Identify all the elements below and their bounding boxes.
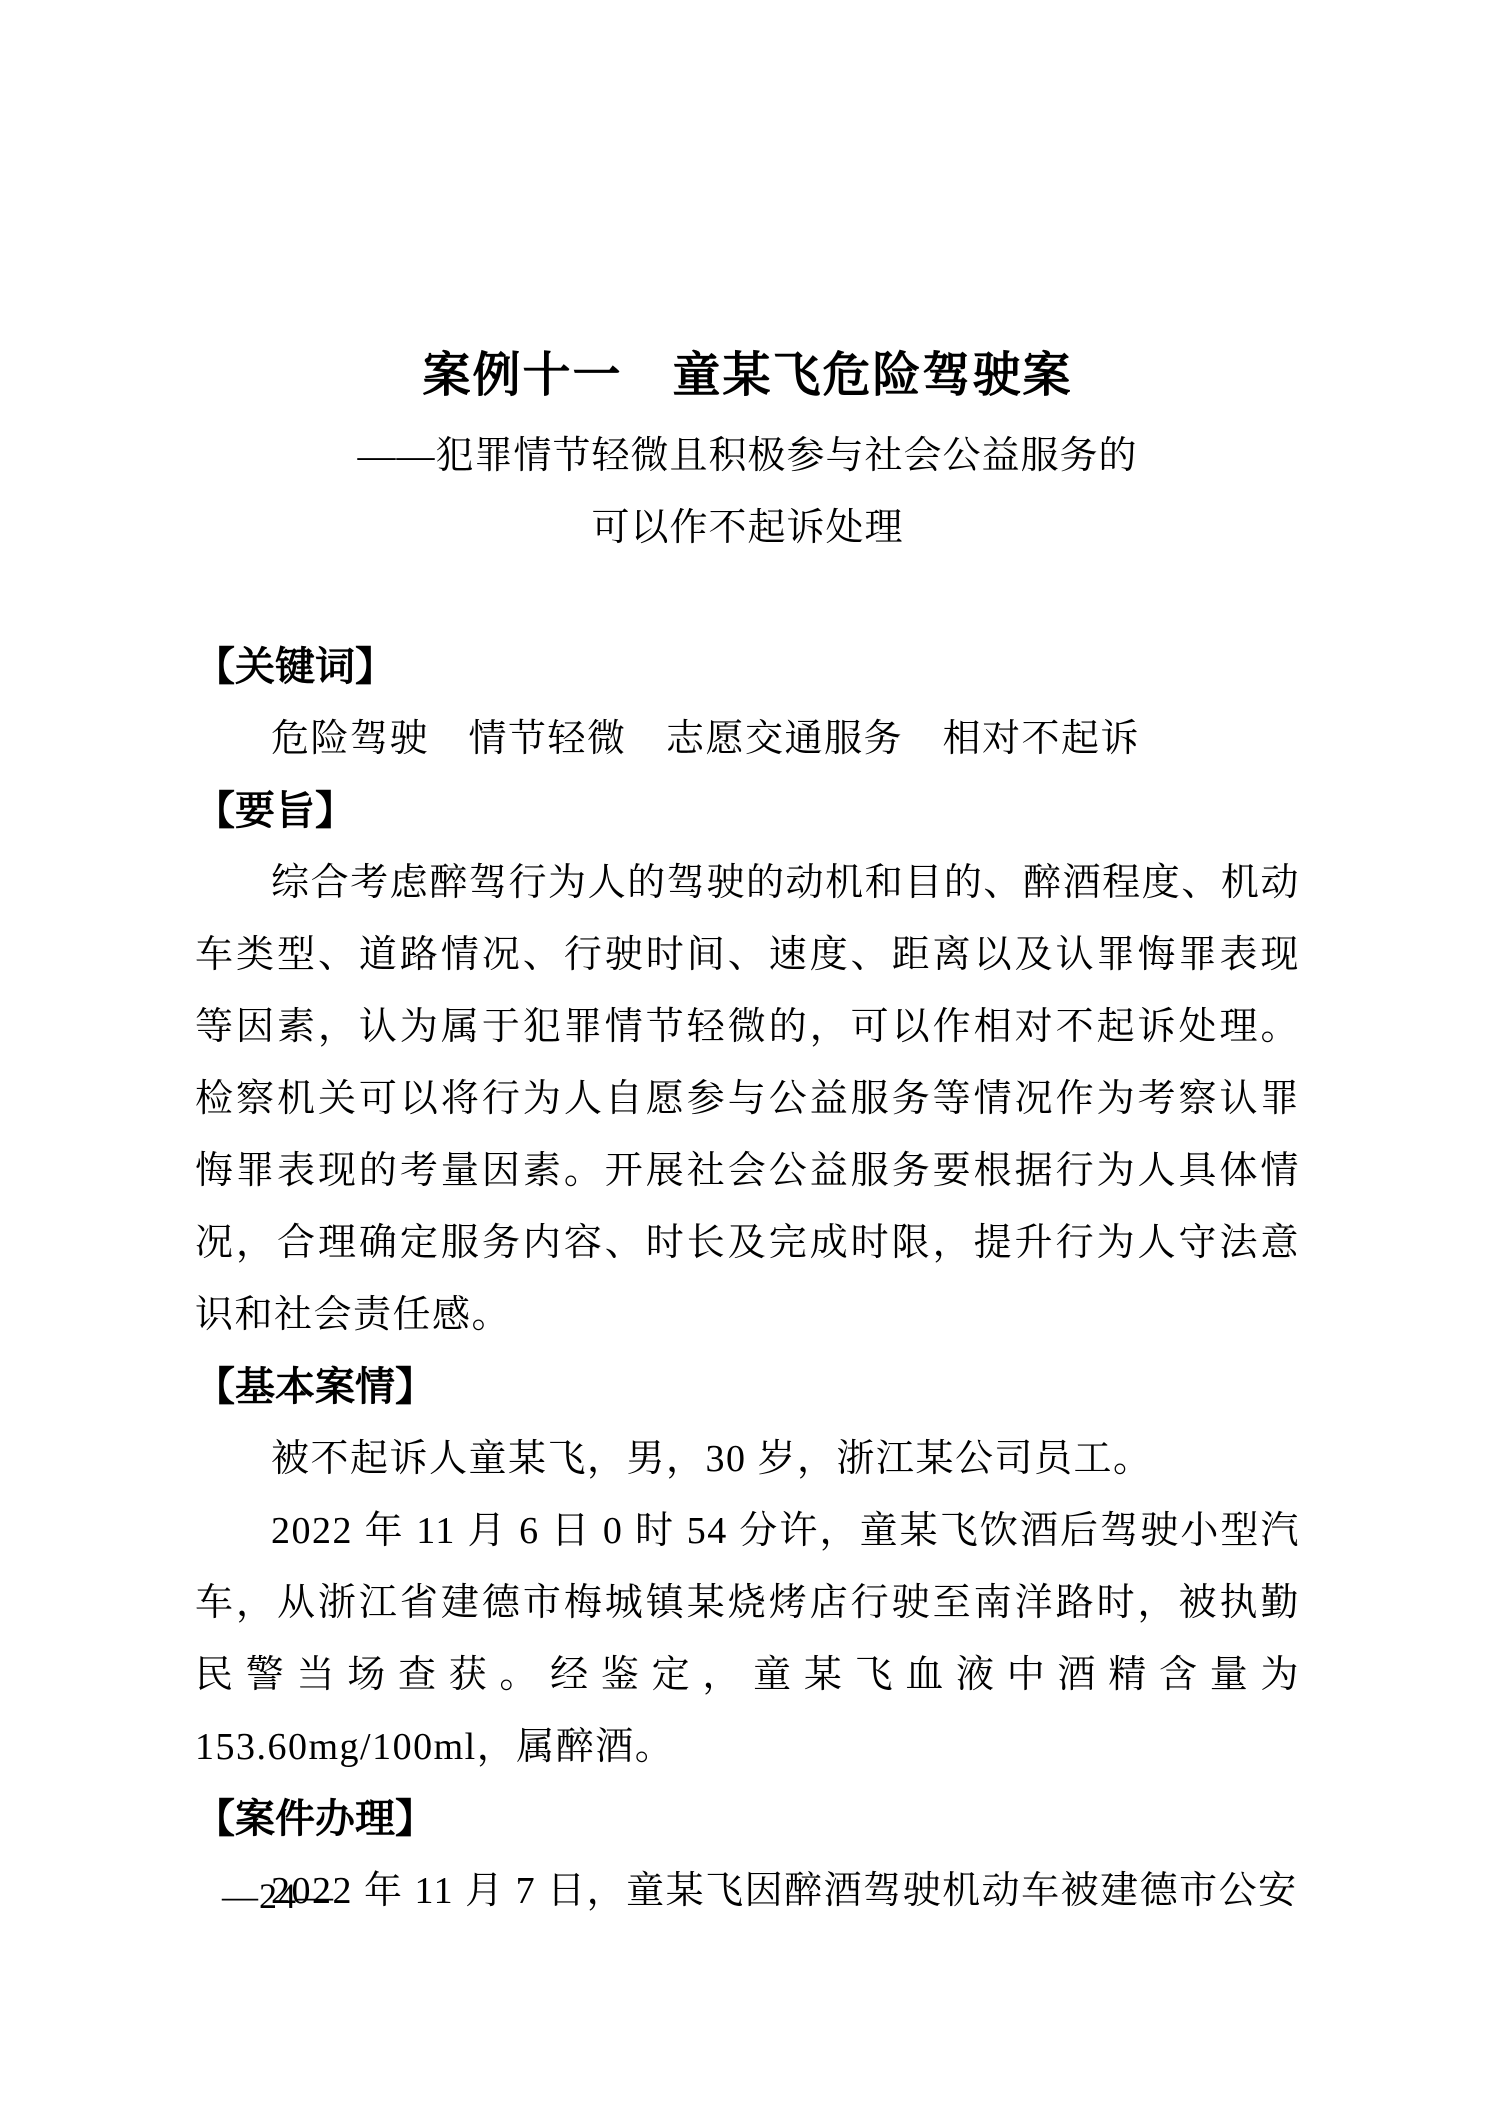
- section-heading-case-handling: 【案件办理】: [195, 1783, 1300, 1855]
- text-block: 案例十一 童某飞危险驾驶案 ——犯罪情节轻微且积极参与社会公益服务的 可以作不起…: [195, 340, 1300, 1927]
- document-page: 案例十一 童某飞危险驾驶案 ——犯罪情节轻微且积极参与社会公益服务的 可以作不起…: [0, 0, 1488, 2104]
- section-heading-summary: 【要旨】: [195, 775, 1300, 847]
- subtitle-line-2: 可以作不起诉处理: [195, 492, 1300, 564]
- section-heading-keywords: 【关键词】: [195, 631, 1300, 703]
- section-heading-basic-facts: 【基本案情】: [195, 1351, 1300, 1423]
- keywords-line: 危险驾驶 情节轻微 志愿交通服务 相对不起诉: [195, 703, 1300, 775]
- paragraph: 2022 年 11 月 7 日，童某飞因醉酒驾驶机动车被建德市公安: [195, 1855, 1300, 1927]
- paragraph: 2022 年 11 月 6 日 0 时 54 分许，童某飞饮酒后驾驶小型汽车，从…: [195, 1495, 1300, 1783]
- document-sections: 【关键词】 危险驾驶 情节轻微 志愿交通服务 相对不起诉 【要旨】 综合考虑醉驾…: [195, 631, 1300, 1927]
- page-number: —24—: [222, 1872, 334, 1920]
- paragraph: 综合考虑醉驾行为人的驾驶的动机和目的、醉酒程度、机动车类型、道路情况、行驶时间、…: [195, 847, 1300, 1351]
- page-title: 案例十一 童某飞危险驾驶案: [195, 340, 1300, 412]
- paragraph: 被不起诉人童某飞，男，30 岁，浙江某公司员工。: [195, 1423, 1300, 1495]
- subtitle-line-1: ——犯罪情节轻微且积极参与社会公益服务的: [195, 420, 1300, 492]
